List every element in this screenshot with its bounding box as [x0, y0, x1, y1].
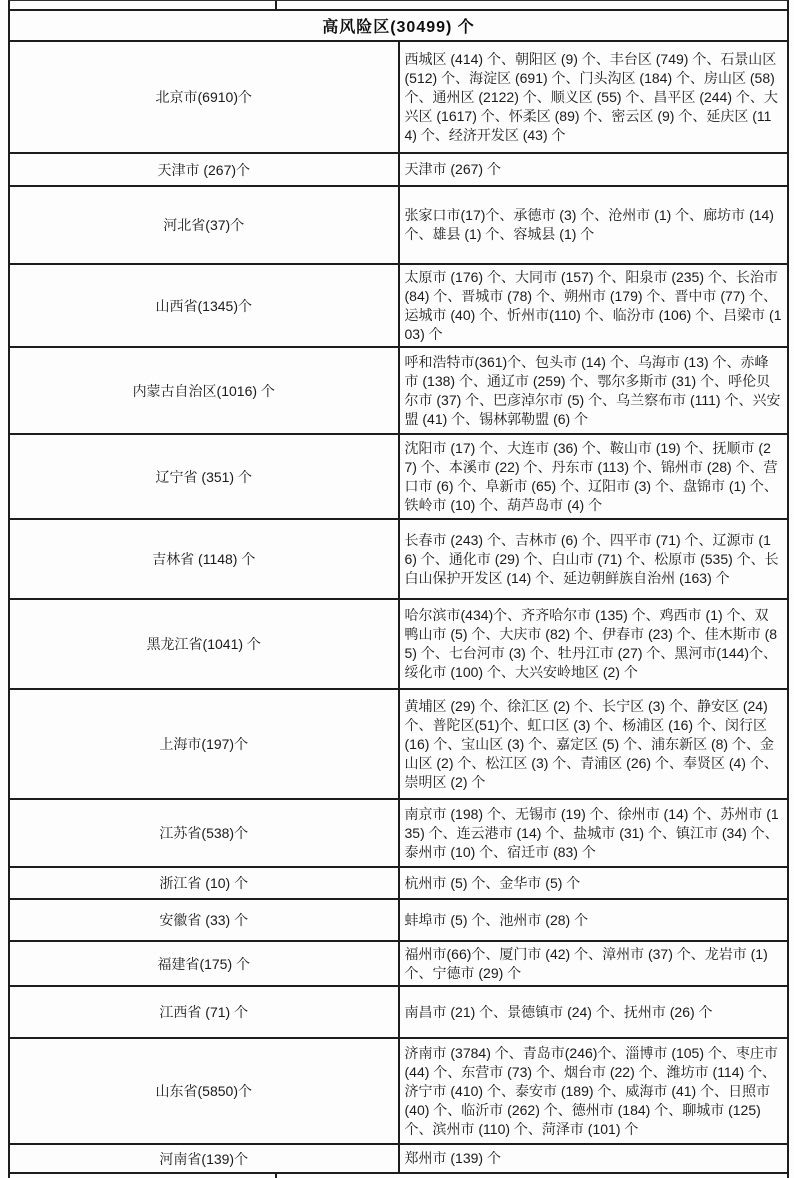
table-row: 江苏省(538)个 南京市 (198) 个、无锡市 (19) 个、徐州市 (14…: [9, 799, 788, 867]
table-row: 黑龙江省(1041) 个 哈尔滨市(434)个、齐齐哈尔市 (135) 个、鸡西…: [9, 599, 788, 689]
table-row: 吉林省 (1148) 个 长春市 (243) 个、吉林市 (6) 个、四平市 (…: [9, 519, 788, 599]
province-cell: 山东省(5850)个: [9, 1038, 399, 1144]
province-cell: 浙江省 (10) 个: [9, 867, 399, 899]
column-divider-fragment: [275, 1, 277, 9]
table-row: 河南省(139)个 郑州市 (139) 个: [9, 1144, 788, 1173]
province-cell: 江苏省(538)个: [9, 799, 399, 867]
districts-cell: 郑州市 (139) 个: [399, 1144, 789, 1173]
table-row: 辽宁省 (351) 个 沈阳市 (17) 个、大连市 (36) 个、鞍山市 (1…: [9, 434, 788, 519]
risk-table-container: 高风险区(30499) 个 北京市(6910)个 西城区 (414) 个、朝阳区…: [8, 0, 789, 1178]
table-row: 江西省 (71) 个 南昌市 (21) 个、景德镇市 (24) 个、抚州市 (2…: [9, 986, 788, 1038]
table-row: 内蒙古自治区(1016) 个 呼和浩特市(361)个、包头市 (14) 个、乌海…: [9, 347, 788, 434]
previous-row-fragment: [8, 0, 789, 9]
table-header-row: 高风险区(30499) 个: [9, 10, 788, 41]
districts-cell: 福州市(66)个、厦门市 (42) 个、漳州市 (37) 个、龙岩市 (1) 个…: [399, 941, 789, 986]
table-row: 上海市(197)个 黄埔区 (29) 个、徐汇区 (2) 个、长宁区 (3) 个…: [9, 689, 788, 799]
table-title: 高风险区(30499) 个: [9, 10, 788, 41]
table-row: 河北省(37)个 张家口市(17)个、承德市 (3) 个、沧州市 (1) 个、廊…: [9, 186, 788, 264]
table-row: 山东省(5850)个 济南市 (3784) 个、青岛市(246)个、淄博市 (1…: [9, 1038, 788, 1144]
districts-cell: 南昌市 (21) 个、景德镇市 (24) 个、抚州市 (26) 个: [399, 986, 789, 1038]
districts-cell: 长春市 (243) 个、吉林市 (6) 个、四平市 (71) 个、辽源市 (16…: [399, 519, 789, 599]
next-row-fragment: [8, 1174, 789, 1178]
province-cell: 福建省(175) 个: [9, 941, 399, 986]
districts-cell: 杭州市 (5) 个、金华市 (5) 个: [399, 867, 789, 899]
province-cell: 黑龙江省(1041) 个: [9, 599, 399, 689]
districts-cell: 呼和浩特市(361)个、包头市 (14) 个、乌海市 (13) 个、赤峰市 (1…: [399, 347, 789, 434]
districts-cell: 张家口市(17)个、承德市 (3) 个、沧州市 (1) 个、廊坊市 (14) 个…: [399, 186, 789, 264]
table-row: 山西省(1345)个 太原市 (176) 个、大同市 (157) 个、阳泉市 (…: [9, 264, 788, 347]
province-cell: 河南省(139)个: [9, 1144, 399, 1173]
table-row: 天津市 (267)个 天津市 (267) 个: [9, 153, 788, 186]
table-row: 福建省(175) 个 福州市(66)个、厦门市 (42) 个、漳州市 (37) …: [9, 941, 788, 986]
districts-cell: 太原市 (176) 个、大同市 (157) 个、阳泉市 (235) 个、长治市 …: [399, 264, 789, 347]
districts-cell: 黄埔区 (29) 个、徐汇区 (2) 个、长宁区 (3) 个、静安区 (24) …: [399, 689, 789, 799]
province-cell: 河北省(37)个: [9, 186, 399, 264]
table-row: 安徽省 (33) 个 蚌埠市 (5) 个、池州市 (28) 个: [9, 899, 788, 941]
province-cell: 山西省(1345)个: [9, 264, 399, 347]
province-cell: 江西省 (71) 个: [9, 986, 399, 1038]
table-row: 北京市(6910)个 西城区 (414) 个、朝阳区 (9) 个、丰台区 (74…: [9, 41, 788, 153]
districts-cell: 西城区 (414) 个、朝阳区 (9) 个、丰台区 (749) 个、石景山区 (…: [399, 41, 789, 153]
high-risk-area-table: 高风险区(30499) 个 北京市(6910)个 西城区 (414) 个、朝阳区…: [8, 9, 789, 1174]
province-cell: 北京市(6910)个: [9, 41, 399, 153]
province-cell: 天津市 (267)个: [9, 153, 399, 186]
districts-cell: 哈尔滨市(434)个、齐齐哈尔市 (135) 个、鸡西市 (1) 个、双鸭山市 …: [399, 599, 789, 689]
province-cell: 上海市(197)个: [9, 689, 399, 799]
province-cell: 内蒙古自治区(1016) 个: [9, 347, 399, 434]
document-page: 高风险区(30499) 个 北京市(6910)个 西城区 (414) 个、朝阳区…: [0, 0, 794, 1178]
districts-cell: 沈阳市 (17) 个、大连市 (36) 个、鞍山市 (19) 个、抚顺市 (27…: [399, 434, 789, 519]
column-divider-fragment: [275, 1174, 277, 1178]
province-cell: 吉林省 (1148) 个: [9, 519, 399, 599]
districts-cell: 济南市 (3784) 个、青岛市(246)个、淄博市 (105) 个、枣庄市 (…: [399, 1038, 789, 1144]
province-cell: 辽宁省 (351) 个: [9, 434, 399, 519]
districts-cell: 南京市 (198) 个、无锡市 (19) 个、徐州市 (14) 个、苏州市 (1…: [399, 799, 789, 867]
districts-cell: 蚌埠市 (5) 个、池州市 (28) 个: [399, 899, 789, 941]
province-cell: 安徽省 (33) 个: [9, 899, 399, 941]
table-row: 浙江省 (10) 个 杭州市 (5) 个、金华市 (5) 个: [9, 867, 788, 899]
districts-cell: 天津市 (267) 个: [399, 153, 789, 186]
